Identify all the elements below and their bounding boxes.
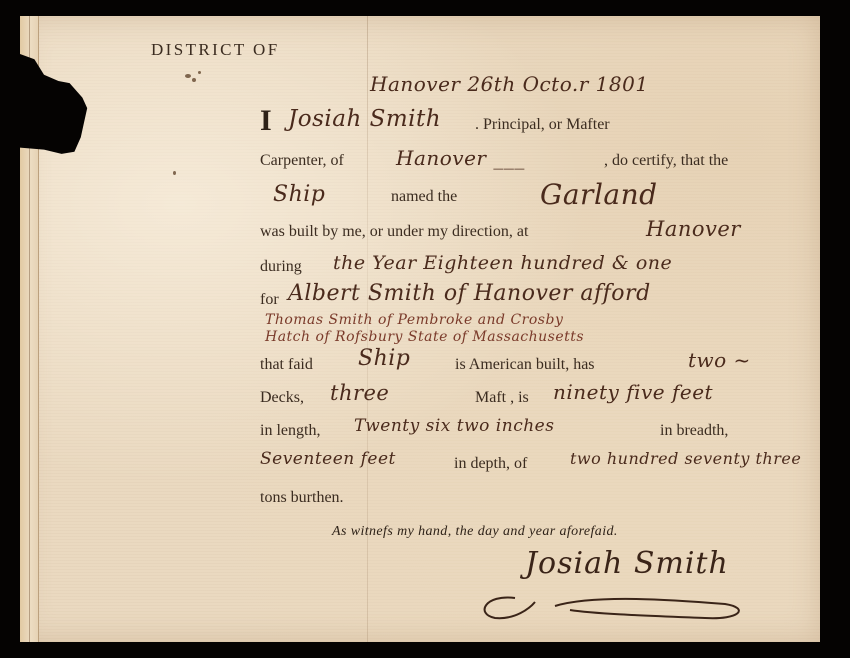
during-text: during (260, 258, 302, 276)
vessel-length: ninety five feet (553, 380, 713, 404)
vessel-type: Ship (273, 182, 325, 207)
that-said-text: that faid (260, 356, 313, 374)
vessel-type-2: Ship (358, 346, 410, 371)
for-text: for (260, 291, 279, 309)
mast-count: three (330, 381, 389, 405)
certificate-content: DISTRICT OF Hanover 26th Octo.r 1801 I J… (20, 16, 820, 642)
tons-burthen-text: tons burthen. (260, 489, 344, 507)
american-built-text: is American built, has (455, 356, 595, 374)
vessel-depth: Seventeen feet (260, 449, 396, 469)
vessel-tonnage: two hundred seventy three (570, 449, 801, 468)
witness-statement: As witnefs my hand, the day and year afo… (332, 524, 618, 540)
in-length-text: in length, (260, 422, 320, 440)
district-heading: DISTRICT OF (151, 40, 280, 60)
in-breadth-text: in breadth, (660, 422, 728, 440)
vessel-name: Garland (540, 178, 658, 211)
document-viewer: DISTRICT OF Hanover 26th Octo.r 1801 I J… (0, 0, 850, 658)
co-owner-line-2: Hatch of Rofsbury State of Massachusetts (265, 329, 584, 345)
build-year: the Year Eighteen hundred & one (333, 252, 672, 274)
owner-name: Albert Smith of Hanover afford (288, 281, 651, 306)
date-line: Hanover 26th Octo.r 1801 (370, 72, 649, 96)
big-initial: I (260, 104, 272, 138)
decks-text: Decks, (260, 389, 304, 407)
named-the-text: named the (391, 188, 457, 206)
certificate-paper: DISTRICT OF Hanover 26th Octo.r 1801 I J… (20, 16, 820, 642)
signature-flourish (475, 564, 795, 624)
certify-text: , do certify, that the (604, 152, 728, 170)
build-place: Hanover (646, 217, 741, 241)
deck-count: two ~ (688, 348, 751, 372)
built-by-text: was built by me, or under my direction, … (260, 223, 528, 241)
mast-text: Maft , is (475, 389, 529, 407)
carpenter-name: Josiah Smith (288, 106, 441, 132)
carpenter-place: Hanover ___ (396, 146, 525, 170)
carpenter-of-text: Carpenter, of (260, 152, 344, 170)
principal-text: . Principal, or Mafter (475, 116, 610, 134)
co-owner-line-1: Thomas Smith of Pembroke and Crosby (265, 312, 563, 328)
in-depth-text: in depth, of (454, 455, 527, 473)
vessel-breadth: Twenty six two inches (354, 416, 554, 436)
